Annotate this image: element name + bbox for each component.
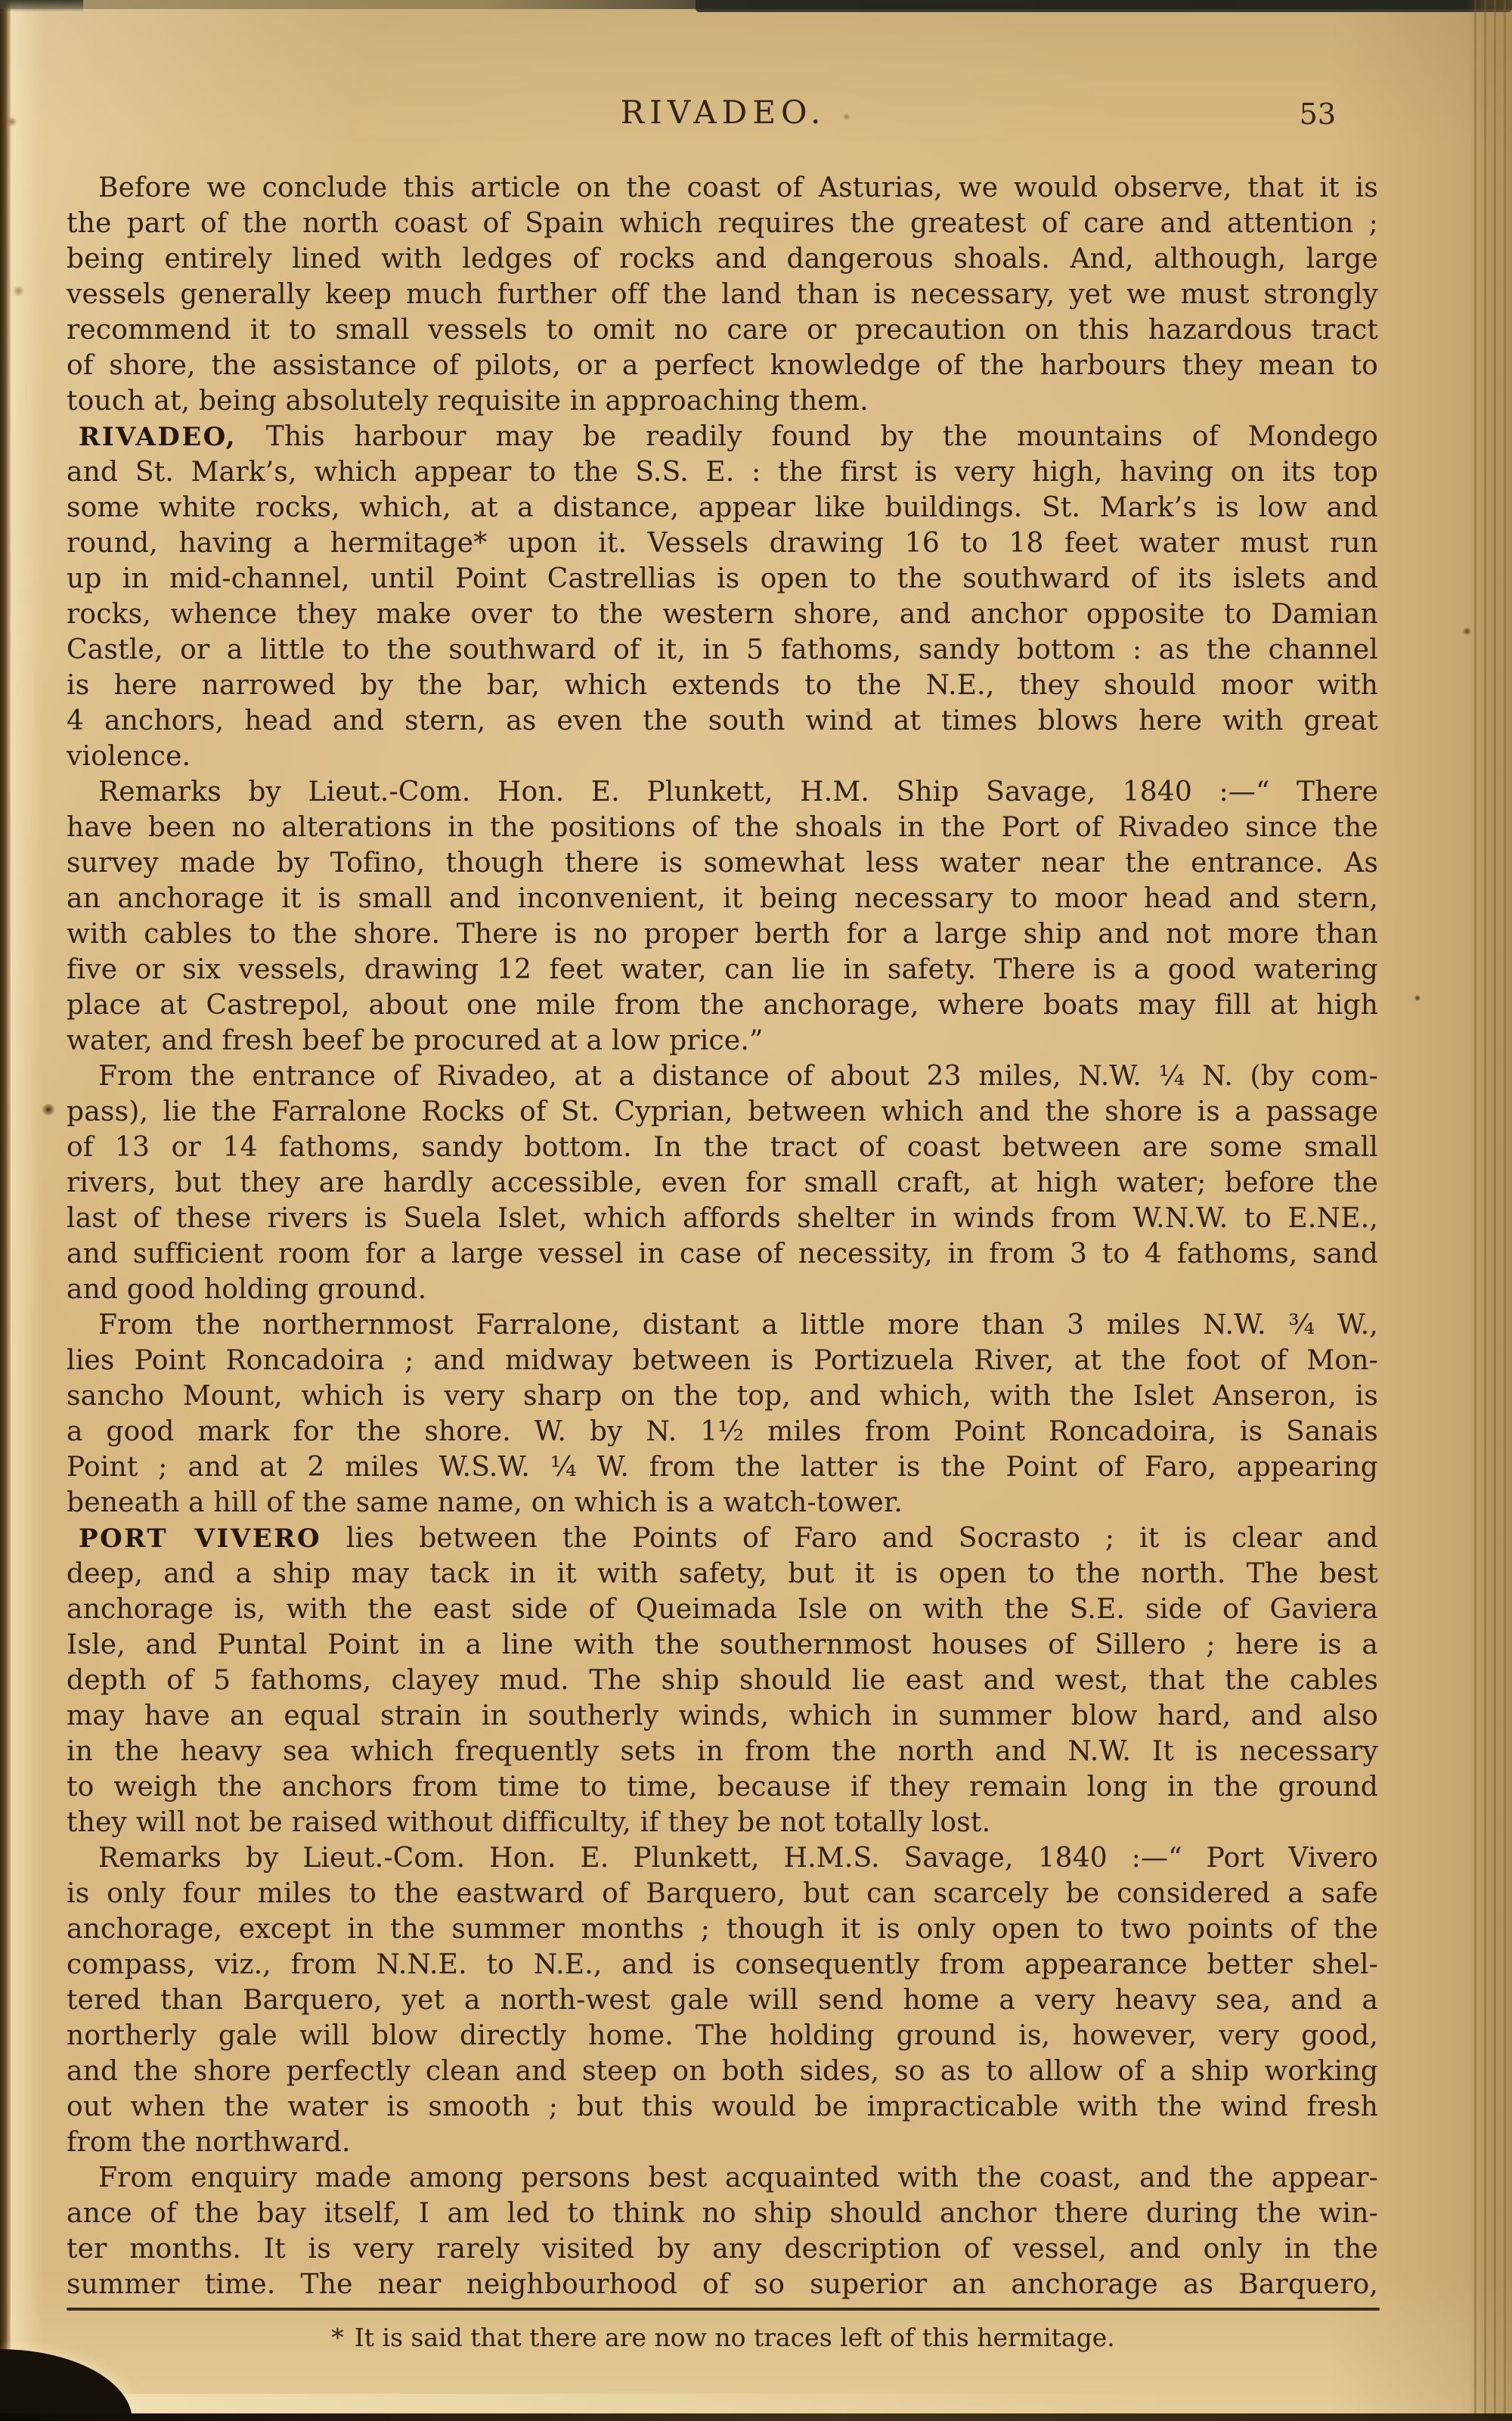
paragraph: RIVADEO, This harbour may be readily fou… bbox=[67, 419, 1378, 774]
text-line: recommend it to small vessels to omit no… bbox=[67, 312, 1378, 348]
text-line: and good holding ground. bbox=[67, 1272, 1378, 1307]
scan-corner-bottom-left bbox=[0, 2349, 132, 2421]
text-line: Remarks by Lieut.-Com. Hon. E. Plunkett,… bbox=[67, 1840, 1378, 1876]
page-edge-highlight bbox=[11, 0, 42, 2421]
text-line: ance of the bay itself, I am led to thin… bbox=[67, 2196, 1378, 2231]
book-page: RIVADEO. 53 Before we conclude this arti… bbox=[0, 0, 1512, 2421]
text-line: lies Point Roncadoira ; and midway betwe… bbox=[67, 1343, 1378, 1378]
scan-edge-bottom bbox=[0, 2413, 1512, 2421]
paragraph-lead-word: PORT VIVERO bbox=[79, 1524, 321, 1554]
paragraph: Remarks by Lieut.-Com. Hon. E. Plunkett,… bbox=[67, 1840, 1378, 2160]
text-line: Remarks by Lieut.-Com. Hon. E. Plunkett,… bbox=[67, 774, 1378, 810]
text-line: a good mark for the shore. W. by N. 1½ m… bbox=[67, 1414, 1378, 1449]
text-line: and the shore perfectly clean and steep … bbox=[67, 2054, 1378, 2089]
text-line: compass, viz., from N.N.E. to N.E., and … bbox=[67, 1947, 1378, 1982]
text-line: place at Castrepol, about one mile from … bbox=[67, 987, 1378, 1023]
footnote-text: It is said that there are now no traces … bbox=[355, 2323, 1115, 2352]
text-line: summer time. The near neighbourhood of s… bbox=[67, 2267, 1378, 2302]
text-line: from the northward. bbox=[67, 2125, 1378, 2160]
paragraph-lead-word: RIVADEO, bbox=[79, 422, 237, 452]
body-text: Before we conclude this article on the c… bbox=[67, 170, 1378, 2302]
text-line: rocks, whence they make over to the west… bbox=[67, 597, 1378, 632]
paper-stain bbox=[1414, 995, 1421, 1001]
text-line: violence. bbox=[67, 739, 1378, 774]
page-ridge-lines bbox=[1467, 0, 1512, 2421]
text-line: From the northernmost Farralone, distant… bbox=[67, 1307, 1378, 1343]
paragraph: Remarks by Lieut.-Com. Hon. E. Plunkett,… bbox=[67, 774, 1378, 1059]
text-line: may have an equal strain in southerly wi… bbox=[67, 1698, 1378, 1734]
page-header: RIVADEO. 53 bbox=[67, 94, 1380, 131]
text-line: of 13 or 14 fathoms, sandy bottom. In th… bbox=[67, 1130, 1378, 1165]
paragraph: From the entrance of Rivadeo, at a dista… bbox=[67, 1059, 1378, 1307]
text-line: with cables to the shore. There is no pr… bbox=[67, 916, 1378, 952]
text-line: five or six vessels, drawing 12 feet wat… bbox=[67, 952, 1378, 987]
text-line: anchorage is, with the east side of Quei… bbox=[67, 1592, 1378, 1627]
text-line: northerly gale will blow directly home. … bbox=[67, 2018, 1378, 2054]
text-line: round, having a hermitage* upon it. Vess… bbox=[67, 525, 1378, 561]
text-line: last of these rivers is Suela Islet, whi… bbox=[67, 1201, 1378, 1236]
text-line: anchorage, except in the summer months ;… bbox=[67, 1911, 1378, 1947]
page-title: RIVADEO. bbox=[67, 94, 1380, 131]
scan-edge-top-dark bbox=[696, 0, 1512, 12]
text-line: and sufficient room for a large vessel i… bbox=[67, 1236, 1378, 1272]
text-line: 4 anchors, head and stern, as even the s… bbox=[67, 703, 1378, 739]
text-line: have been no alterations in the position… bbox=[67, 810, 1378, 845]
text-line: depth of 5 fathoms, clayey mud. The ship… bbox=[67, 1663, 1378, 1698]
paragraph: PORT VIVERO lies between the Points of F… bbox=[67, 1520, 1378, 1840]
text-line: sancho Mount, which is very sharp on the… bbox=[67, 1378, 1378, 1414]
text-line: PORT VIVERO lies between the Points of F… bbox=[67, 1520, 1378, 1556]
text-line: up in mid-channel, until Point Castrelli… bbox=[67, 561, 1378, 597]
text-line: From enquiry made among persons best acq… bbox=[67, 2160, 1378, 2196]
text-line: Point ; and at 2 miles W.S.W. ¼ W. from … bbox=[67, 1449, 1378, 1485]
text-line: vessels generally keep much further off … bbox=[67, 277, 1378, 312]
text-line: an anchorage it is small and inconvenien… bbox=[67, 881, 1378, 916]
text-line: pass), lie the Farralone Rocks of St. Cy… bbox=[67, 1094, 1378, 1130]
text-line: is only four miles to the eastward of Ba… bbox=[67, 1876, 1378, 1911]
text-line: Before we conclude this article on the c… bbox=[67, 170, 1378, 206]
text-line: to weigh the anchors from time to time, … bbox=[67, 1769, 1378, 1805]
text-line: in the heavy sea which frequently sets i… bbox=[67, 1734, 1378, 1769]
paragraph: From enquiry made among persons best acq… bbox=[67, 2160, 1378, 2302]
text-line: From the entrance of Rivadeo, at a dista… bbox=[67, 1059, 1378, 1094]
text-line: out when the water is smooth ; but this … bbox=[67, 2089, 1378, 2125]
text-line: they will not be raised without difficul… bbox=[67, 1805, 1378, 1840]
paragraph: From the northernmost Farralone, distant… bbox=[67, 1307, 1378, 1520]
paragraph: Before we conclude this article on the c… bbox=[67, 170, 1378, 419]
text-line: Isle, and Puntal Point in a line with th… bbox=[67, 1627, 1378, 1663]
text-line: RIVADEO, This harbour may be readily fou… bbox=[67, 419, 1378, 454]
text-line: beneath a hill of the same name, on whic… bbox=[67, 1485, 1378, 1520]
footnote-asterisk-marker: * bbox=[331, 2323, 344, 2352]
page-curl-highlight bbox=[0, 2394, 1285, 2415]
footnote: *It is said that there are now no traces… bbox=[67, 2323, 1380, 2353]
text-line: of shore, the assistance of pilots, or a… bbox=[67, 348, 1378, 383]
text-line: ter months. It is very rarely visited by… bbox=[67, 2231, 1378, 2267]
text-line: water, and fresh beef be procured at a l… bbox=[67, 1023, 1378, 1059]
footnote-rule bbox=[67, 2308, 1380, 2311]
text-line: survey made by Tofino, though there is s… bbox=[67, 845, 1378, 881]
text-line: some white rocks, which, at a distance, … bbox=[67, 490, 1378, 525]
page-number: 53 bbox=[1300, 98, 1336, 131]
paper-stain bbox=[41, 1104, 56, 1115]
text-line: deep, and a ship may tack in it with saf… bbox=[67, 1556, 1378, 1592]
text-line: rivers, but they are hardly accessible, … bbox=[67, 1165, 1378, 1201]
text-line: is here narrowed by the bar, which exten… bbox=[67, 668, 1378, 703]
text-line: and St. Mark’s, which appear to the S.S.… bbox=[67, 454, 1378, 490]
text-line: the part of the north coast of Spain whi… bbox=[67, 206, 1378, 241]
text-line: Castle, or a little to the southward of … bbox=[67, 632, 1378, 668]
text-line: touch at, being absolutely requisite in … bbox=[67, 383, 1378, 419]
text-line: tered than Barquero, yet a north-west ga… bbox=[67, 1982, 1378, 2018]
text-line: being entirely lined with ledges of rock… bbox=[67, 241, 1378, 277]
